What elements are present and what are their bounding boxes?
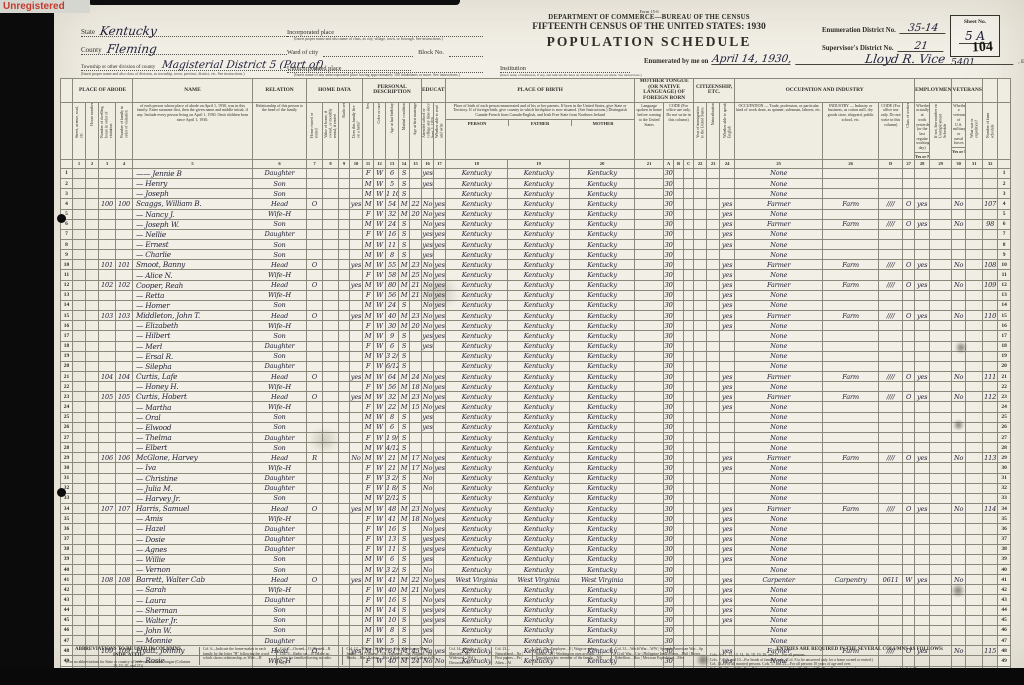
unemployment-line (930, 432, 952, 442)
age: 9 (386, 331, 399, 341)
mother-tongue (635, 331, 664, 341)
sex: F (363, 544, 374, 554)
code-c (684, 250, 694, 260)
code-c (684, 341, 694, 351)
house-number (86, 514, 99, 524)
street (73, 463, 86, 473)
code-b (674, 270, 684, 280)
line-number-right: 28 (998, 443, 1011, 453)
dwelling-number: 101 (99, 260, 116, 270)
mother-tongue (635, 239, 664, 249)
column-number: 9 (339, 159, 350, 168)
radio-set (339, 524, 350, 534)
name: — Laura (133, 595, 253, 605)
farm-schedule: 108 (983, 260, 998, 270)
immigration-year (694, 453, 707, 463)
farm-schedule: 107 (983, 199, 998, 209)
code-c (684, 595, 694, 605)
name: — Monnie (133, 636, 253, 646)
age: 6/12 (386, 361, 399, 371)
home-owned-rented (307, 300, 323, 310)
street (73, 250, 86, 260)
dwelling-number (99, 331, 116, 341)
marital-condition: S (399, 554, 410, 564)
house-number (86, 321, 99, 331)
lives-on-farm (350, 351, 363, 361)
naturalization (707, 402, 720, 412)
home-owned-rented (307, 361, 323, 371)
mother-tongue (635, 595, 664, 605)
home-value (323, 331, 339, 341)
line-number: 41 (61, 575, 73, 585)
naturalization (707, 239, 720, 249)
attended-school (422, 432, 434, 442)
code-c (684, 443, 694, 453)
age-first-marriage (410, 168, 422, 178)
occupation: None (735, 544, 823, 554)
column-header: Year of immigration to the United States (694, 102, 707, 159)
color-race: W (374, 585, 386, 595)
radio-set (339, 514, 350, 524)
county-value: Fleming (106, 44, 157, 54)
column-number: B (674, 159, 684, 168)
occupation: None (735, 422, 823, 432)
birthplace-person: Kentucky (446, 239, 508, 249)
naturalization (707, 625, 720, 635)
home-owned-rented (307, 636, 323, 646)
unemployment-line (930, 493, 952, 503)
family-number (116, 189, 133, 199)
family-number (116, 554, 133, 564)
veteran: No (952, 280, 966, 290)
birthplace-person: Kentucky (446, 331, 508, 341)
worker-class (903, 250, 915, 260)
farm-schedule (983, 595, 998, 605)
street (73, 361, 86, 371)
family-number (116, 290, 133, 300)
industry (823, 422, 879, 432)
birthplace-mother: Kentucky (570, 321, 635, 331)
family-number (116, 361, 133, 371)
age-first-marriage: 22 (410, 575, 422, 585)
immigration-year (694, 493, 707, 503)
birthplace-mother: Kentucky (570, 443, 635, 453)
code-b (674, 524, 684, 534)
mother-tongue (635, 422, 664, 432)
naturalization (707, 250, 720, 260)
birthplace-mother: Kentucky (570, 422, 635, 432)
family-number (116, 341, 133, 351)
birthplace-mother: Kentucky (570, 189, 635, 199)
color-race: W (374, 280, 386, 290)
unemployment-line (930, 209, 952, 219)
worker-class (903, 209, 915, 219)
table-row: 7— NellieDaughterFW16SyesyesKentuckyKent… (61, 229, 1011, 239)
code-a: 30 (664, 544, 674, 554)
home-value (323, 615, 339, 625)
unemployment-line (930, 564, 952, 574)
birthplace-mother: Kentucky (570, 209, 635, 219)
name: McGlone, Harvey (133, 453, 253, 463)
farm-schedule (983, 514, 998, 524)
family-number (116, 402, 133, 412)
unemployment-line (930, 605, 952, 615)
home-value (323, 311, 339, 321)
sex: M (363, 625, 374, 635)
industry (823, 341, 879, 351)
family-number (116, 514, 133, 524)
paper-sheet: State Kentucky County Fleming Township o… (54, 0, 1024, 668)
marital-condition: S (399, 351, 410, 361)
relation: Head (253, 372, 307, 382)
line-number: 3 (61, 189, 73, 199)
street (73, 219, 86, 229)
speaks-english: yes (720, 605, 735, 615)
worker-class: O (903, 504, 915, 514)
immigration-year (694, 575, 707, 585)
name: — Honey H. (133, 382, 253, 392)
line-number-right: 1 (998, 168, 1011, 178)
birthplace-person: Kentucky (446, 219, 508, 229)
occupation-code (879, 625, 903, 635)
war-expedition (966, 199, 983, 209)
age: 56 (386, 382, 399, 392)
code-c (684, 372, 694, 382)
birthplace-mother: Kentucky (570, 290, 635, 300)
name: Curtis, Lafe (133, 372, 253, 382)
naturalization (707, 605, 720, 615)
column-header: Number of family in order of visitation (116, 102, 133, 159)
home-owned-rented: O (307, 311, 323, 321)
immigration-year (694, 554, 707, 564)
lives-on-farm (350, 361, 363, 371)
worker-class: O (903, 199, 915, 209)
immigration-year (694, 443, 707, 453)
dwelling-number (99, 341, 116, 351)
name: — Iva (133, 463, 253, 473)
farm-schedule (983, 341, 998, 351)
title-block: Form 15-6 DEPARTMENT OF COMMERCE—BUREAU … (524, 9, 774, 50)
naturalization (707, 219, 720, 229)
read-write: yes (434, 209, 446, 219)
speaks-english (720, 189, 735, 199)
birthplace-father: Kentucky (508, 554, 570, 564)
code-a: 30 (664, 493, 674, 503)
color-race: W (374, 575, 386, 585)
age-first-marriage (410, 361, 422, 371)
birthplace-father: Kentucky (508, 361, 570, 371)
mother-tongue (635, 229, 664, 239)
line-number-right: 22 (998, 382, 1011, 392)
worker-class (903, 585, 915, 595)
birthplace-father: Kentucky (508, 422, 570, 432)
home-owned-rented: O (307, 504, 323, 514)
code-a: 30 (664, 321, 674, 331)
code-c (684, 412, 694, 422)
unemployment-line (930, 453, 952, 463)
home-owned-rented (307, 321, 323, 331)
age: 14 (386, 605, 399, 615)
mother-tongue (635, 524, 664, 534)
birthplace-father: Kentucky (508, 372, 570, 382)
worked-yesterday (915, 483, 930, 493)
age: 40 (386, 585, 399, 595)
birthplace-person: Kentucky (446, 361, 508, 371)
line-number: 45 (61, 615, 73, 625)
speaks-english: yes (720, 239, 735, 249)
speaks-english (720, 432, 735, 442)
birthplace-father: Kentucky (508, 199, 570, 209)
dwelling-number (99, 422, 116, 432)
relation: Wife–H (253, 514, 307, 524)
occupation-code (879, 250, 903, 260)
line-number-right: 11 (998, 270, 1011, 280)
scanned-census-page: State Kentucky County Fleming Township o… (0, 0, 1024, 685)
age-first-marriage: 23 (410, 504, 422, 514)
line-number-right: 45 (998, 615, 1011, 625)
color-race: W (374, 209, 386, 219)
dwelling-number (99, 544, 116, 554)
home-owned-rented (307, 625, 323, 635)
table-row: 38— AgnesDaughterFW11SyesyesKentuckyKent… (61, 544, 1011, 554)
street (73, 168, 86, 178)
dwelling-number: 106 (99, 453, 116, 463)
street (73, 473, 86, 483)
code-a: 30 (664, 280, 674, 290)
occupation-code (879, 331, 903, 341)
war-expedition (966, 463, 983, 473)
speaks-english: yes (720, 595, 735, 605)
ward-label: Ward of city (287, 49, 318, 56)
enumerator-line: Enumerated by me on April 14, 1930, Lloy… (644, 54, 1024, 65)
farm-schedule (983, 168, 998, 178)
mother-tongue (635, 473, 664, 483)
occupation: Farmer (735, 199, 823, 209)
marital-condition: S (399, 189, 410, 199)
name: — Elwood (133, 422, 253, 432)
read-write: yes (434, 321, 446, 331)
lives-on-farm (350, 382, 363, 392)
naturalization (707, 270, 720, 280)
naturalization (707, 280, 720, 290)
worker-class (903, 189, 915, 199)
home-value (323, 625, 339, 635)
line-number-right: 47 (998, 636, 1011, 646)
birthplace-mother: Kentucky (570, 168, 635, 178)
code-b (674, 179, 684, 189)
occupation: Farmer (735, 260, 823, 270)
read-write: yes (434, 219, 446, 229)
marital-condition: S (399, 493, 410, 503)
farm-schedule (983, 209, 998, 219)
relation: Son (253, 564, 307, 574)
family-number (116, 605, 133, 615)
unemployment-line (930, 473, 952, 483)
lives-on-farm (350, 189, 363, 199)
code-b (674, 311, 684, 321)
column-number (61, 159, 73, 168)
lives-on-farm (350, 554, 363, 564)
header-desc-row: Street, avenue, road, etc.House numberNu… (61, 102, 1011, 159)
column-number: 20 (570, 159, 635, 168)
birthplace-mother: Kentucky (570, 260, 635, 270)
war-expedition (966, 564, 983, 574)
farm-schedule (983, 625, 998, 635)
line-number: 27 (61, 432, 73, 442)
mother-tongue (635, 625, 664, 635)
industry: Farm (823, 504, 879, 514)
age: 6 (386, 554, 399, 564)
column-group-header: HOME DATA (307, 79, 363, 103)
state-line: State Kentucky (81, 21, 287, 37)
color-race: W (374, 443, 386, 453)
unemployment-line (930, 412, 952, 422)
house-number (86, 361, 99, 371)
street (73, 372, 86, 382)
home-value (323, 199, 339, 209)
age-first-marriage: 20 (410, 321, 422, 331)
dwelling-number (99, 321, 116, 331)
lives-on-farm: yes (350, 280, 363, 290)
radio-set (339, 585, 350, 595)
birthplace-mother: Kentucky (570, 239, 635, 249)
table-row: 2— HenrySonMW5SyesKentuckyKentuckyKentuc… (61, 179, 1011, 189)
name: — Thelma (133, 432, 253, 442)
marital-condition: S (399, 595, 410, 605)
lives-on-farm: yes (350, 392, 363, 402)
house-number (86, 199, 99, 209)
relation: Son (253, 250, 307, 260)
read-write (434, 564, 446, 574)
veteran (952, 443, 966, 453)
occupation-code (879, 493, 903, 503)
column-number: 30 (952, 159, 966, 168)
relation: Son (253, 412, 307, 422)
institution-caption: (Insert name of institution, if any, and… (500, 73, 642, 77)
name: — Homer (133, 300, 253, 310)
radio-set (339, 554, 350, 564)
column-header: Home owned or rented (307, 102, 323, 159)
age-first-marriage: 18 (410, 382, 422, 392)
code-a: 30 (664, 625, 674, 635)
home-value (323, 504, 339, 514)
line-number-right: 37 (998, 534, 1011, 544)
color-race: W (374, 250, 386, 260)
read-write (434, 412, 446, 422)
street (73, 544, 86, 554)
immigration-year (694, 199, 707, 209)
speaks-english: yes (720, 290, 735, 300)
veteran (952, 250, 966, 260)
family-number (116, 595, 133, 605)
enumeration-district-value: 35-14 (899, 24, 946, 34)
veteran (952, 209, 966, 219)
birthplace-father: Kentucky (508, 311, 570, 321)
name: — Walter Jr. (133, 615, 253, 625)
color-race: W (374, 372, 386, 382)
name: — Agnes (133, 544, 253, 554)
home-owned-rented (307, 179, 323, 189)
line-number-right: 27 (998, 432, 1011, 442)
relation: Son (253, 189, 307, 199)
birthplace-person: Kentucky (446, 189, 508, 199)
marital-condition: M (399, 199, 410, 209)
code-b (674, 615, 684, 625)
worked-yesterday: yes (915, 311, 930, 321)
dwelling-number (99, 564, 116, 574)
column-header: Value of home, if owned, or monthly rent… (323, 102, 339, 159)
line-number: 22 (61, 382, 73, 392)
home-owned-rented (307, 341, 323, 351)
read-write: yes (434, 463, 446, 473)
column-header: Number of dwelling house in order of vis… (99, 102, 116, 159)
color-race: W (374, 514, 386, 524)
industry (823, 605, 879, 615)
home-value (323, 179, 339, 189)
line-number-right: 7 (998, 229, 1011, 239)
column-group-header: NAME (133, 79, 253, 103)
table-row: 44— ShermanSonMW14SyesyesKentuckyKentuck… (61, 605, 1011, 615)
name: — Elizabeth (133, 321, 253, 331)
immigration-year (694, 382, 707, 392)
dwelling-number (99, 514, 116, 524)
marital-condition: S (399, 219, 410, 229)
lives-on-farm (350, 605, 363, 615)
attended-school (422, 189, 434, 199)
house-number (86, 280, 99, 290)
code-b (674, 382, 684, 392)
code-a: 30 (664, 209, 674, 219)
table-row: 24— MarthaWife–HFW22M15NoyesKentuckyKent… (61, 402, 1011, 412)
attended-school (422, 443, 434, 453)
name: — Nancy J. (133, 209, 253, 219)
speaks-english: yes (720, 514, 735, 524)
street (73, 554, 86, 564)
immigration-year (694, 595, 707, 605)
table-row: 19— Ersal R.SonMW3 2/12SKentuckyKentucky… (61, 351, 1011, 361)
farm-schedule (983, 179, 998, 189)
home-owned-rented (307, 402, 323, 412)
war-expedition (966, 534, 983, 544)
speaks-english (720, 179, 735, 189)
war-expedition (966, 250, 983, 260)
unemployment-line (930, 534, 952, 544)
dwelling-number: 107 (99, 504, 116, 514)
attended-school: No (422, 209, 434, 219)
farm-schedule (983, 300, 998, 310)
occupation-code: //// (879, 372, 903, 382)
name: — Hazel (133, 524, 253, 534)
veteran (952, 432, 966, 442)
color-race: W (374, 605, 386, 615)
house-number (86, 463, 99, 473)
radio-set (339, 209, 350, 219)
code-c (684, 422, 694, 432)
occupation-code: //// (879, 260, 903, 270)
occupation-code (879, 463, 903, 473)
family-number: 107 (116, 504, 133, 514)
lives-on-farm: yes (350, 260, 363, 270)
veteran (952, 636, 966, 646)
house-number (86, 473, 99, 483)
relation: Head (253, 575, 307, 585)
immigration-year (694, 402, 707, 412)
radio-set (339, 168, 350, 178)
occupation: None (735, 321, 823, 331)
mother-tongue (635, 453, 664, 463)
dwelling-number (99, 239, 116, 249)
naturalization (707, 179, 720, 189)
